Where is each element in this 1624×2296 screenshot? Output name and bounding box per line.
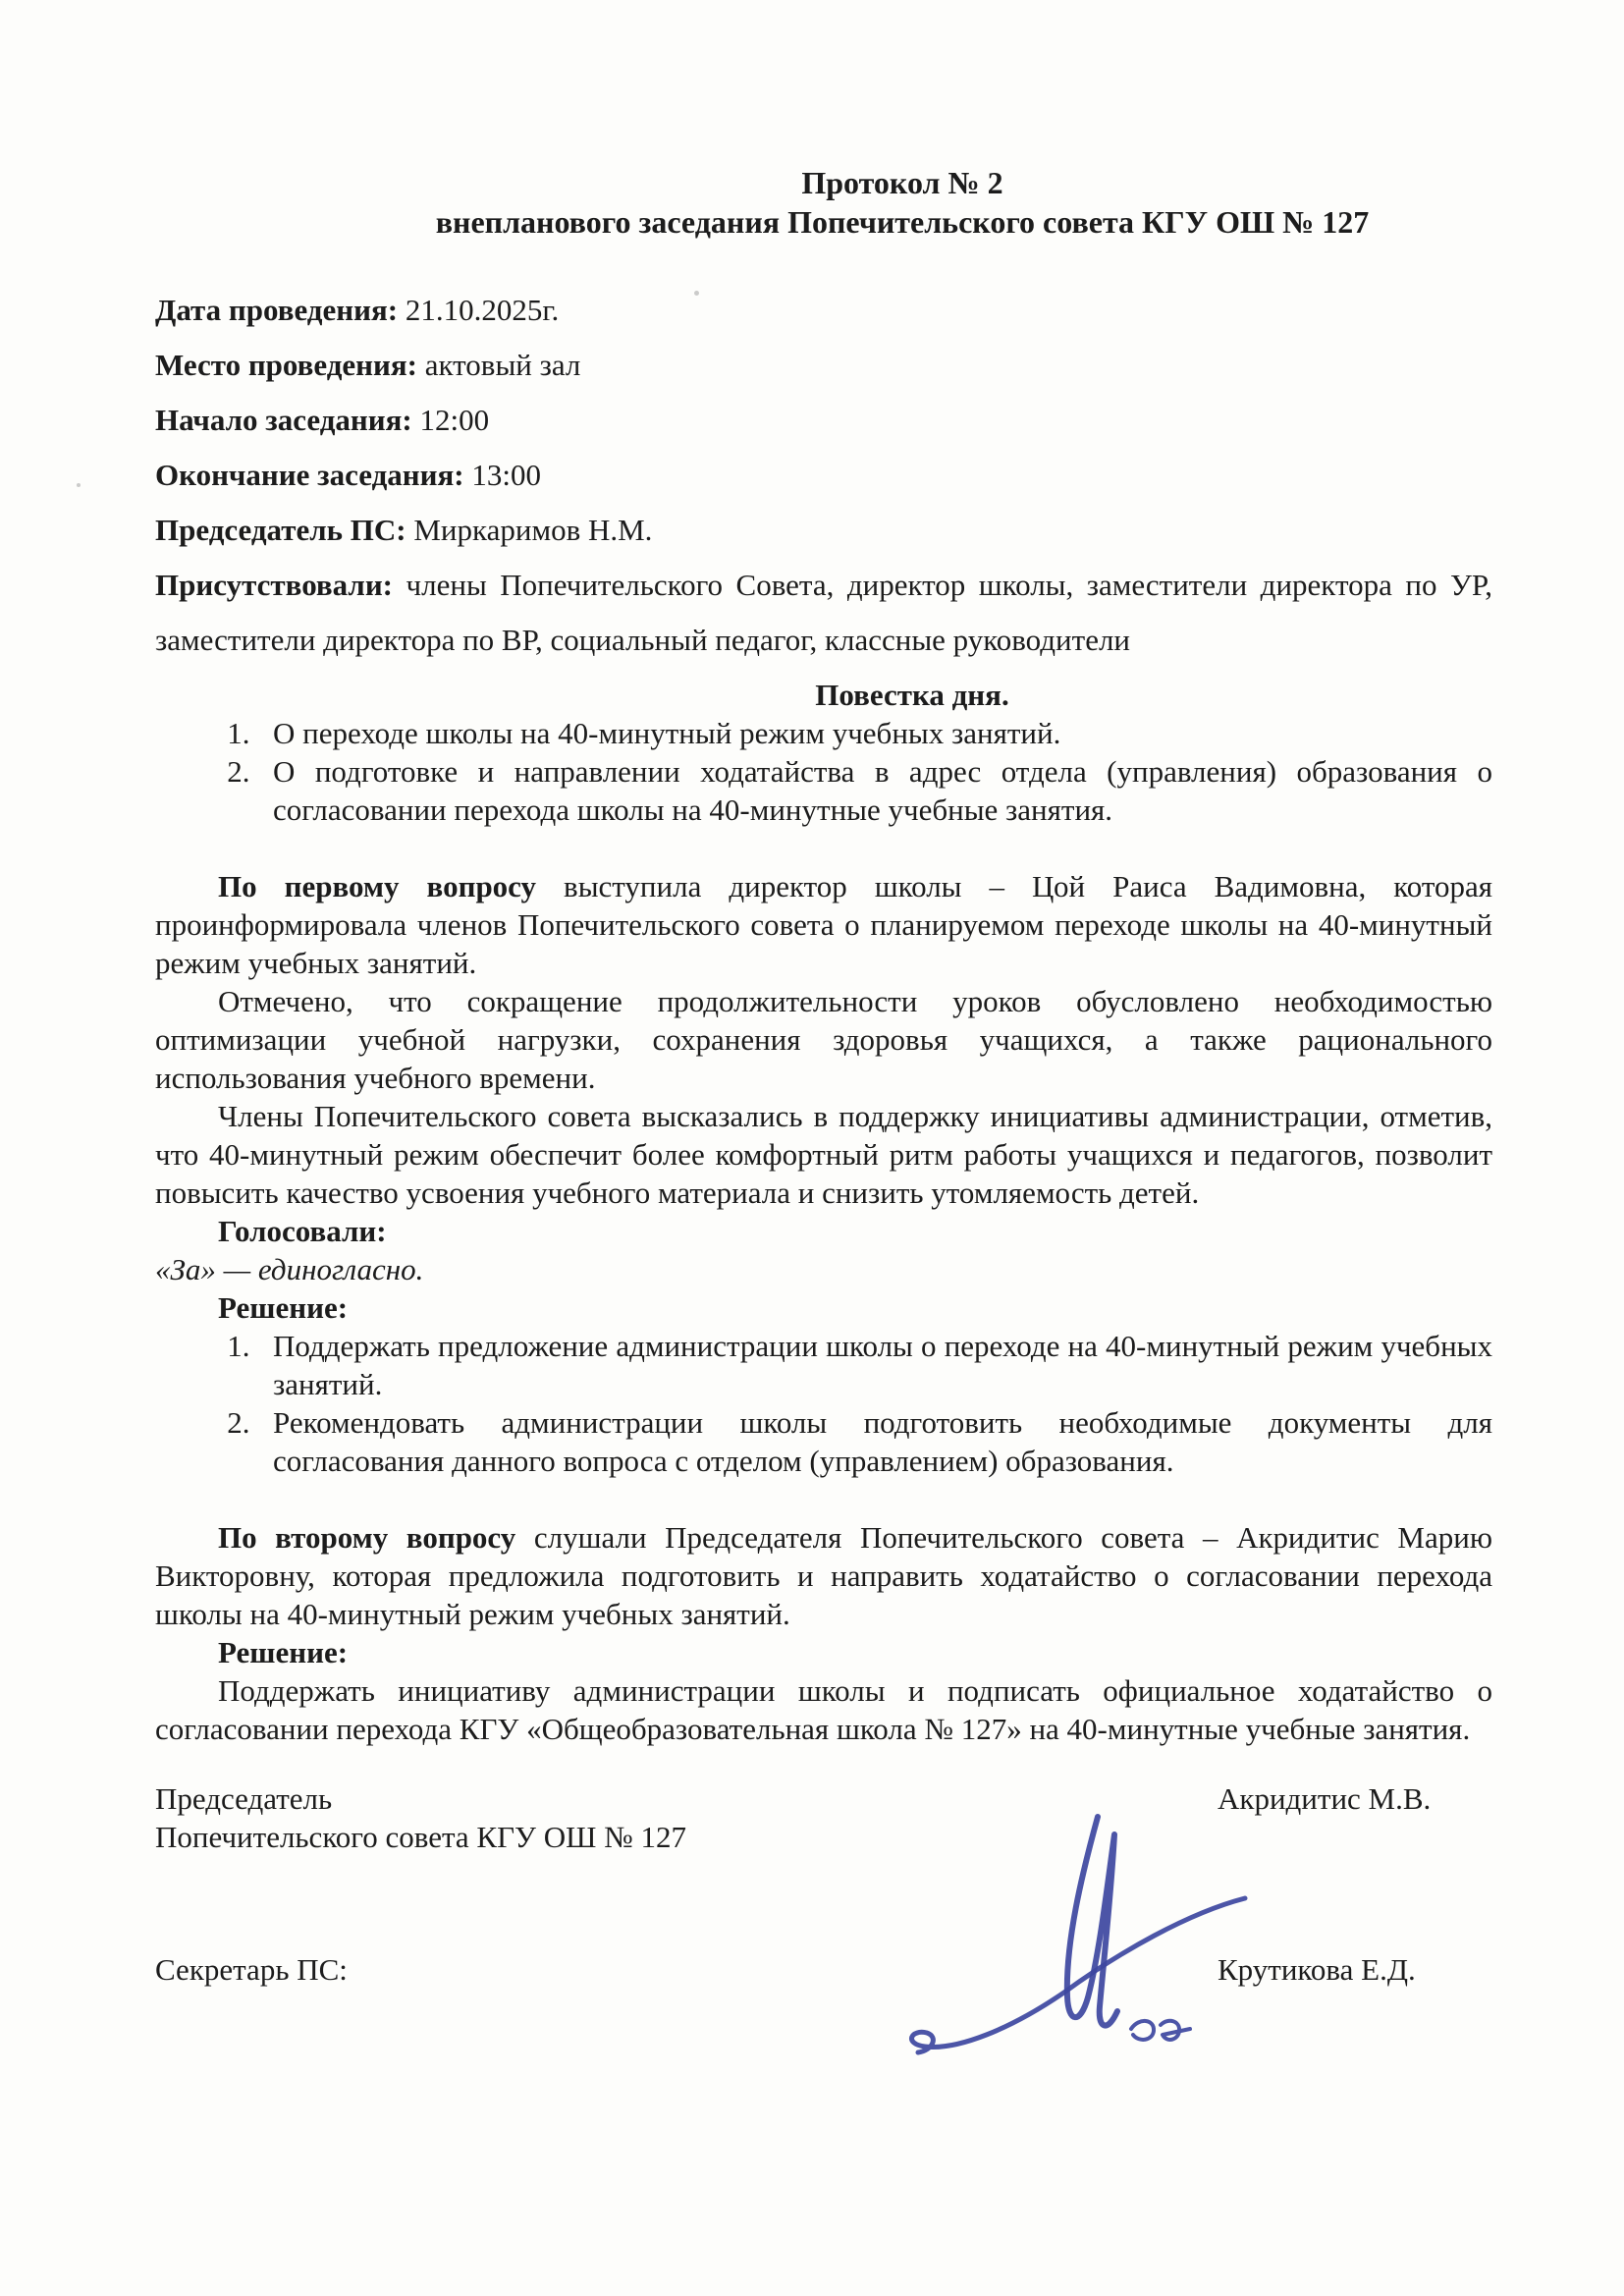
agenda-heading: Повестка дня.: [244, 676, 1581, 714]
question1-lead-paragraph: По первому вопросу выступила директор шк…: [155, 867, 1492, 982]
meta-place: Место проведения: актовый зал: [155, 338, 1492, 393]
meta-date: Дата проведения: 21.10.2025г.: [155, 283, 1492, 338]
scan-artifact-dot: [77, 483, 81, 487]
chairman-label-line2: Попечительского совета КГУ ОШ № 127Акрид…: [155, 1818, 1492, 1856]
meta-end: Окончание заседания: 13:00: [155, 448, 1492, 503]
question2-decision-label: Решение:: [155, 1633, 1492, 1671]
agenda-item-2: О подготовке и направлении ходатайства в…: [265, 752, 1492, 829]
agenda-list: О переходе школы на 40-минутный режим уч…: [155, 714, 1492, 829]
meta-place-value: актовый зал: [425, 348, 581, 382]
question2-lead-bold: По второму вопросу: [218, 1520, 515, 1555]
meta-start-value: 12:00: [419, 403, 489, 437]
signature-block: Председатель Попечительского совета КГУ …: [155, 1779, 1492, 1989]
meta-start: Начало заседания: 12:00: [155, 393, 1492, 448]
meta-date-value: 21.10.2025г.: [406, 293, 559, 327]
meta-start-label: Начало заседания:: [155, 403, 412, 437]
meta-place-label: Место проведения:: [155, 348, 417, 382]
meta-end-label: Окончание заседания:: [155, 458, 464, 492]
question1-paragraph-3: Члены Попечительского совета высказались…: [155, 1097, 1492, 1212]
meta-block: Дата проведения: 21.10.2025г. Место пров…: [155, 283, 1492, 668]
agenda-item-1: О переходе школы на 40-минутный режим уч…: [265, 714, 1492, 752]
meta-attendees-label: Присутствовали:: [155, 568, 393, 602]
question1-decision-list: Поддержать предложение администрации шко…: [155, 1327, 1492, 1480]
question1-decision-label: Решение:: [155, 1288, 1492, 1327]
document-title-block: Протокол № 2 внепланового заседания Попе…: [234, 163, 1571, 242]
voting-result: «За» — единогласно.: [155, 1250, 1492, 1288]
secretary-label: Секретарь ПС:Крутикова Е.Д.: [155, 1950, 1492, 1989]
document-subtitle: внепланового заседания Попечительского с…: [234, 202, 1571, 242]
document-content: Протокол № 2 внепланового заседания Попе…: [155, 0, 1492, 1989]
spacer: [155, 829, 1492, 867]
question1-decision-1: Поддержать предложение администрации шко…: [265, 1327, 1492, 1403]
secretary-name: Крутикова Е.Д.: [1218, 1950, 1416, 1989]
question1-lead-bold: По первому вопросу: [218, 869, 536, 903]
meta-chairman-label: Председатель ПС:: [155, 513, 406, 547]
question2-decision-text: Поддержать инициативу администрации школ…: [155, 1671, 1492, 1748]
chairman-name: Акридитис М.В.: [1218, 1779, 1431, 1818]
meta-chairman: Председатель ПС: Миркаримов Н.М.: [155, 503, 1492, 558]
document-title: Протокол № 2: [234, 163, 1571, 202]
protocol-document-page: Протокол № 2 внепланового заседания Попе…: [0, 0, 1624, 2296]
scan-artifact-dot: [694, 291, 699, 296]
meta-chairman-value: Миркаримов Н.М.: [413, 513, 652, 547]
chairman-signature-row: Председатель Попечительского совета КГУ …: [155, 1779, 1492, 1856]
spacer: [155, 1480, 1492, 1518]
secretary-signature-row: Секретарь ПС:Крутикова Е.Д.: [155, 1950, 1492, 1989]
meta-end-value: 13:00: [471, 458, 541, 492]
question2-lead-paragraph: По второму вопросу слушали Председателя …: [155, 1518, 1492, 1633]
meta-date-label: Дата проведения:: [155, 293, 398, 327]
meta-attendees: Присутствовали: члены Попечительского Со…: [155, 558, 1492, 668]
question1-decision-2: Рекомендовать администрации школы подгот…: [265, 1403, 1492, 1480]
voting-label: Голосовали:: [155, 1212, 1492, 1250]
question1-paragraph-2: Отмечено, что сокращение продолжительнос…: [155, 982, 1492, 1097]
